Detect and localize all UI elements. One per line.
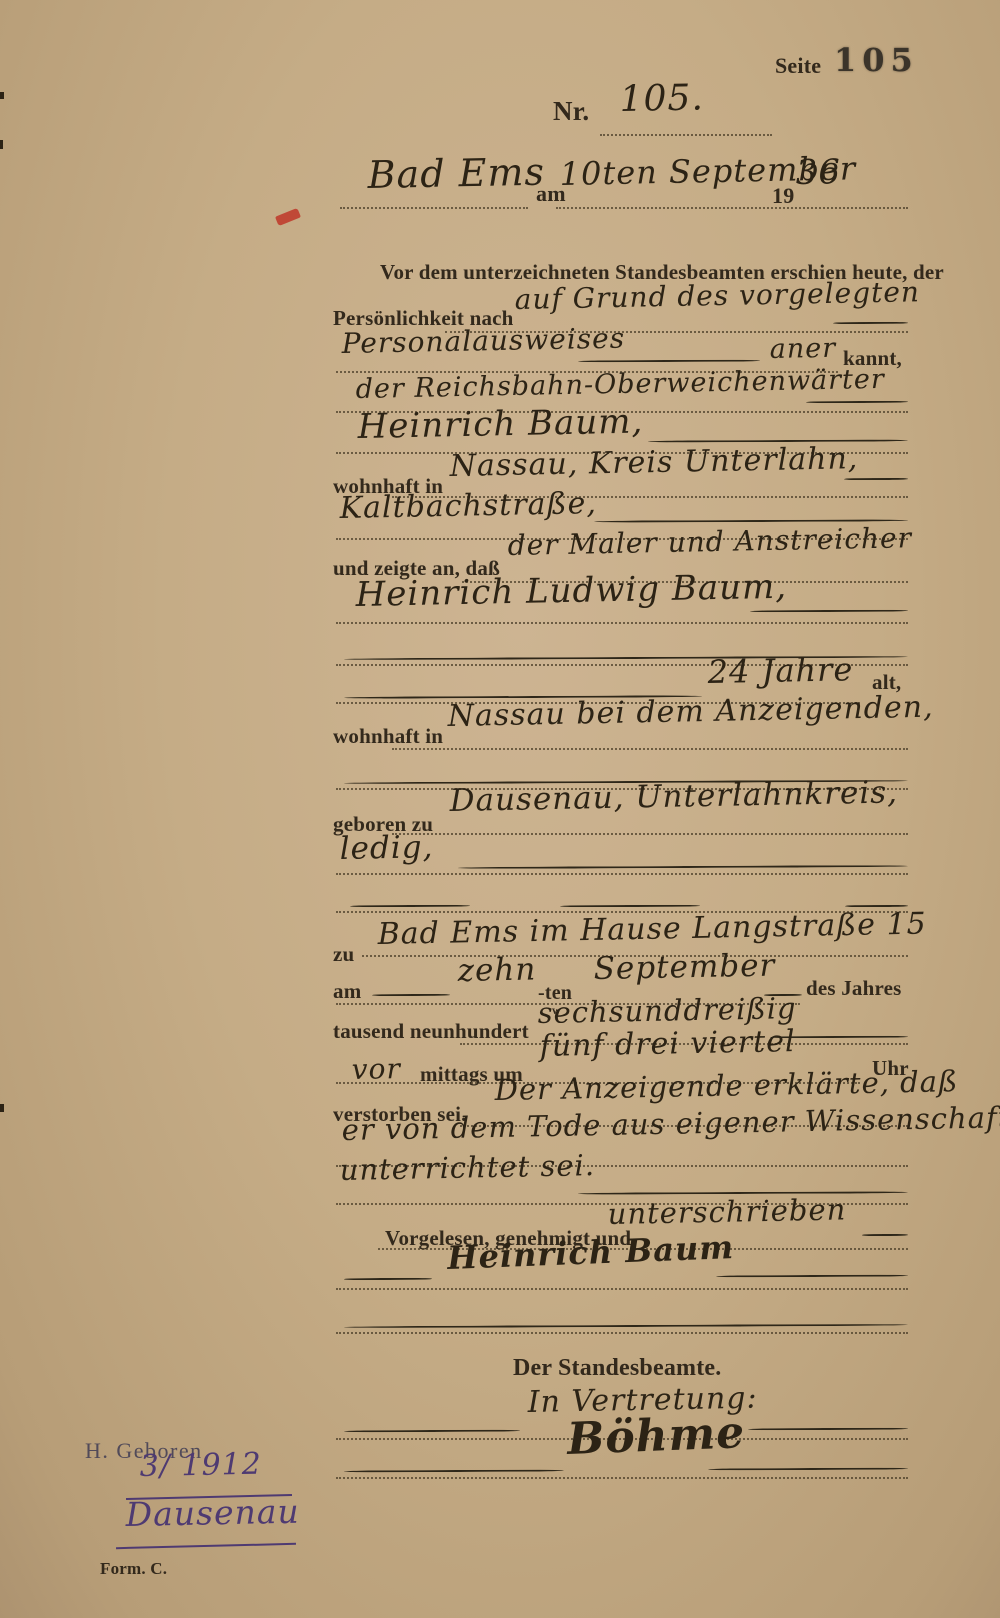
registration-place: Bad Ems [367,153,545,194]
declaration-line-3: unterrichtet sei. [339,1151,595,1185]
informant-residence: Nassau, Kreis Unterlahn, [449,444,858,482]
fill-stroke [578,360,760,363]
record-number-value: 105. [619,80,704,118]
death-month: September [593,951,775,985]
fill-stroke [344,1430,520,1433]
death-record-page: Seite 105 Nr. 105. Bad Ems am 10ten Sept… [0,0,1000,1618]
fill-stroke [844,478,908,480]
deceased-residence: Nassau bei dem Anzeigenden, [447,693,933,732]
death-day: zehn [457,954,536,987]
fill-stroke [560,905,700,908]
guide-line [336,1332,908,1334]
guide-line [336,1288,908,1290]
guide-line [336,1477,908,1479]
informant-street: Kaltbachstraße, [339,489,597,524]
informant-signature: Heinrich Baum [447,1231,735,1274]
scan-edge-mark [0,140,3,149]
record-number-label: Nr. [553,98,589,125]
page-number-stamp: 105 [834,44,919,76]
year-handwritten: 36 [795,155,841,190]
fill-stroke [372,994,450,996]
fill-stroke [716,1275,908,1278]
scan-edge-mark [0,92,4,99]
margin-birth-number: 3/ 1912 [139,1450,262,1482]
death-place: Bad Ems im Hause Langstraße 15 [377,909,927,950]
declaration-line-1: Der Anzeigende erklärte, daß [494,1067,958,1105]
margin-birth-place: Dausenau [125,1495,300,1531]
guide-line [392,748,908,750]
deceased-birthplace: Dausenau, Unterlahnkreis, [449,777,898,817]
wohnhaft-label-2: wohnhaft in [333,726,443,747]
death-time: fünf drei viertel [539,1027,795,1062]
fill-stroke [833,322,908,324]
red-ink-mark [275,208,301,226]
marital-status: ledig, [339,832,433,865]
zu-label: zu [333,944,354,965]
des-jahres-label: des Jahres [806,978,902,999]
fill-stroke [344,1278,432,1280]
fill-stroke [344,1324,908,1328]
fill-stroke [806,401,908,403]
tausend-label: tausend neunhundert [333,1021,529,1042]
fill-stroke [708,1468,908,1471]
vor-handwritten: vor [351,1055,401,1084]
aner-word: aner [769,335,836,363]
guide-line [392,833,908,835]
purple-underline [116,1543,296,1549]
deceased-occupation: der Maler und Anstreicher [507,524,912,560]
standesbeamte-label: Der Standesbeamte. [513,1356,721,1380]
fill-stroke [750,610,908,613]
guide-line [600,134,772,136]
guide-line [340,207,528,209]
page-side-label: Seite [775,55,821,77]
form-type-label: Form. C. [100,1560,167,1577]
deceased-age: 24 Jahre [707,653,853,688]
guide-line [336,873,908,875]
guide-line [556,207,908,209]
identification-basis: auf Grund des vorgelegten [514,278,920,314]
informant-name: Heinrich Baum, [357,405,643,444]
scan-edge-mark [0,1104,4,1112]
fill-stroke [748,1428,908,1431]
fill-stroke [862,1234,908,1236]
year-printed-prefix: 19 [772,185,794,207]
am2-label: am [333,981,361,1002]
unterschrieben-handwritten: unterschrieben [607,1195,846,1229]
fill-stroke [350,905,470,908]
guide-line [336,622,908,624]
fill-stroke [458,865,908,869]
fill-stroke [344,1470,564,1473]
registrar-signature: Böhme [566,1411,746,1462]
deceased-name: Heinrich Ludwig Baum, [355,570,787,612]
death-year-words: sechsunddreißig [537,994,796,1028]
identification-document: Personalausweises [341,325,625,358]
